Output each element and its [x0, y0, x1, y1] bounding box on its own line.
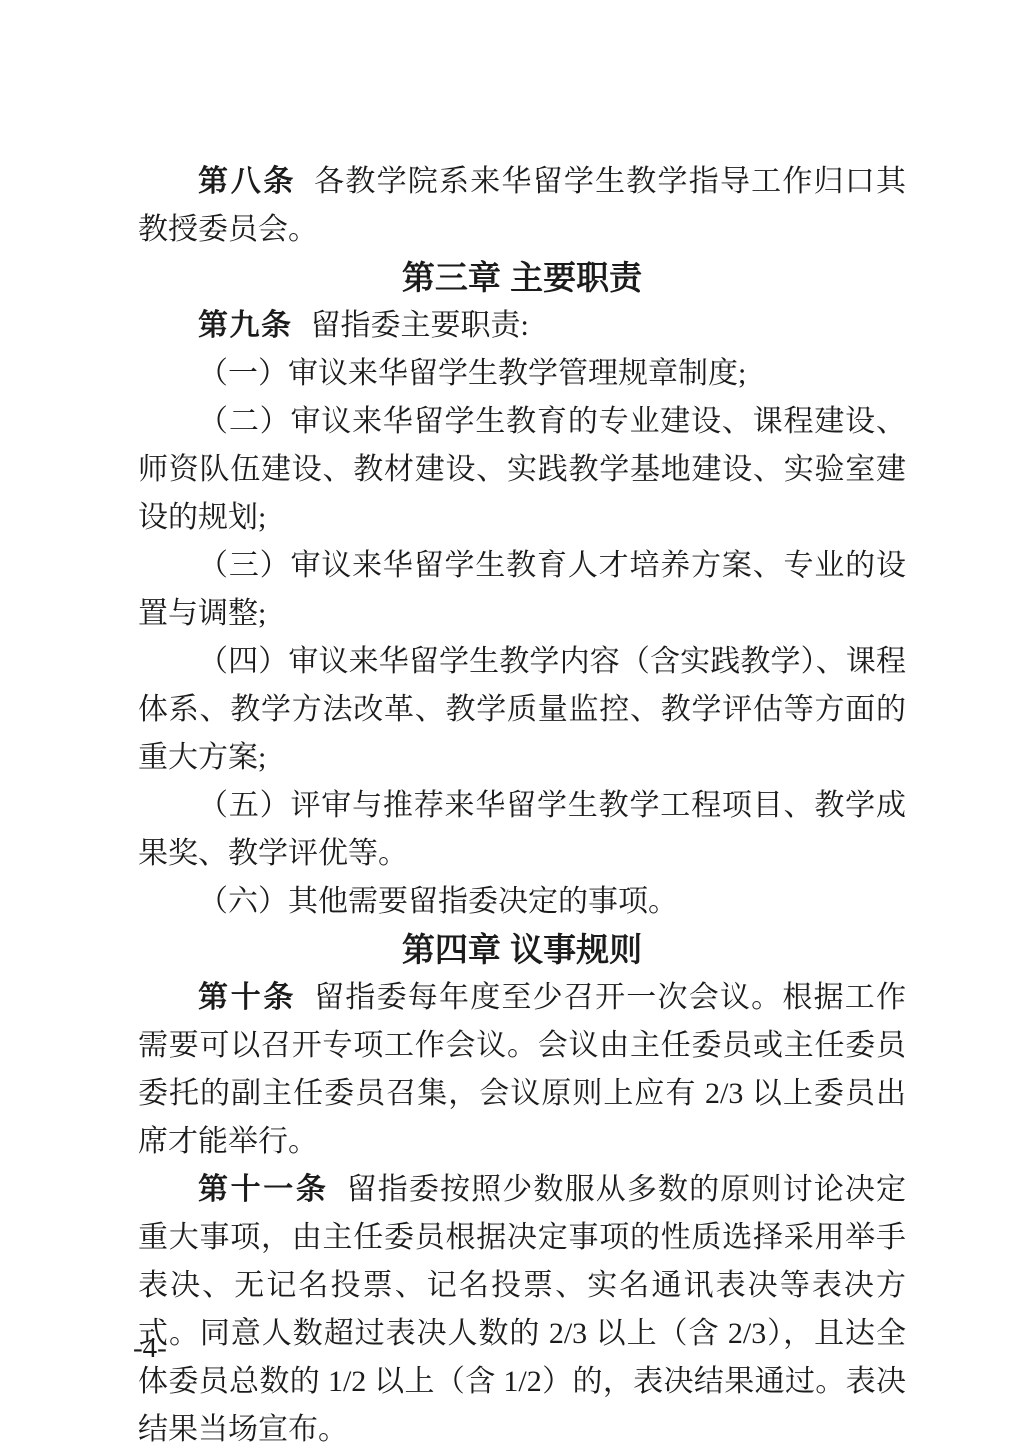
chapter-heading-3: 第三章 主要职责	[138, 254, 906, 302]
page-number: -4-	[133, 1328, 167, 1368]
article-number-9: 第九条	[198, 309, 293, 342]
article-number-8: 第八条	[198, 165, 296, 198]
article-paragraph-11: 第十一条留指委按照少数服从多数的原则讨论决定重大事项，由主任委员根据决定事项的性…	[138, 1166, 906, 1448]
list-item-2: （二）审议来华留学生教育的专业建设、课程建设、师资队伍建设、教材建设、实践教学基…	[138, 398, 906, 542]
article-paragraph-8: 第八条各教学院系来华留学生教学指导工作归口其教授委员会。	[138, 158, 906, 254]
article-number-11: 第十一条	[198, 1173, 329, 1206]
article-text-11: 留指委按照少数服从多数的原则讨论决定重大事项，由主任委员根据决定事项的性质选择采…	[138, 1173, 906, 1446]
document-page: 第八条各教学院系来华留学生教学指导工作归口其教授委员会。 第三章 主要职责 第九…	[0, 0, 1024, 1448]
article-text-9: 留指委主要职责:	[311, 309, 529, 342]
document-body: 第八条各教学院系来华留学生教学指导工作归口其教授委员会。 第三章 主要职责 第九…	[138, 158, 906, 1448]
list-item-1: （一）审议来华留学生教学管理规章制度;	[138, 350, 906, 398]
chapter-heading-4: 第四章 议事规则	[138, 926, 906, 974]
list-item-6: （六）其他需要留指委决定的事项。	[138, 878, 906, 926]
list-item-4: （四）审议来华留学生教学内容（含实践教学）、课程体系、教学方法改革、教学质量监控…	[138, 638, 906, 782]
article-number-10: 第十条	[198, 981, 296, 1014]
list-item-5: （五）评审与推荐来华留学生教学工程项目、教学成果奖、教学评优等。	[138, 782, 906, 878]
article-paragraph-10: 第十条留指委每年度至少召开一次会议。根据工作需要可以召开专项工作会议。会议由主任…	[138, 974, 906, 1166]
article-paragraph-9: 第九条留指委主要职责:	[138, 302, 906, 350]
list-item-3: （三）审议来华留学生教育人才培养方案、专业的设置与调整;	[138, 542, 906, 638]
